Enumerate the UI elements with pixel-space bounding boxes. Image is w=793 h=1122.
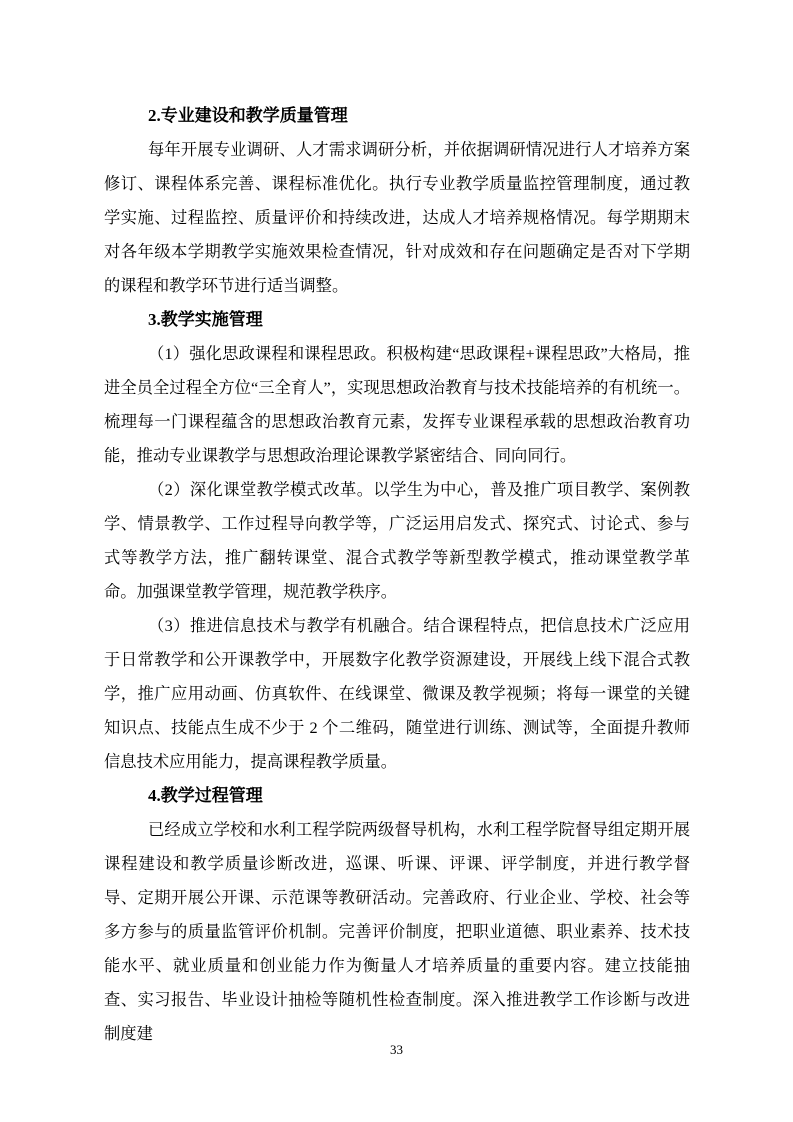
section-heading: 4.教学过程管理: [104, 779, 690, 813]
body-paragraph: （3）推进信息技术与教学有机融合。结合课程特点，把信息技术广泛应用于日常教学和公…: [104, 609, 690, 779]
document-page: 2.专业建设和教学质量管理每年开展专业调研、人才需求调研分析，并依据调研情况进行…: [0, 0, 793, 1122]
body-paragraph: （1）强化思政课程和课程思政。积极构建“思政课程+课程思政”大格局，推进全员全过…: [104, 337, 690, 473]
page-number: 33: [0, 1041, 793, 1059]
section-heading: 2.专业建设和教学质量管理: [104, 99, 690, 133]
body-paragraph: 每年开展专业调研、人才需求调研分析，并依据调研情况进行人才培养方案修订、课程体系…: [104, 133, 690, 303]
section-heading: 3.教学实施管理: [104, 303, 690, 337]
body-paragraph: （2）深化课堂教学模式改革。以学生为中心，普及推广项目教学、案例教学、情景教学、…: [104, 473, 690, 609]
document-body: 2.专业建设和教学质量管理每年开展专业调研、人才需求调研分析，并依据调研情况进行…: [104, 99, 690, 1051]
body-paragraph: 已经成立学校和水利工程学院两级督导机构，水利工程学院督导组定期开展课程建设和教学…: [104, 813, 690, 1051]
